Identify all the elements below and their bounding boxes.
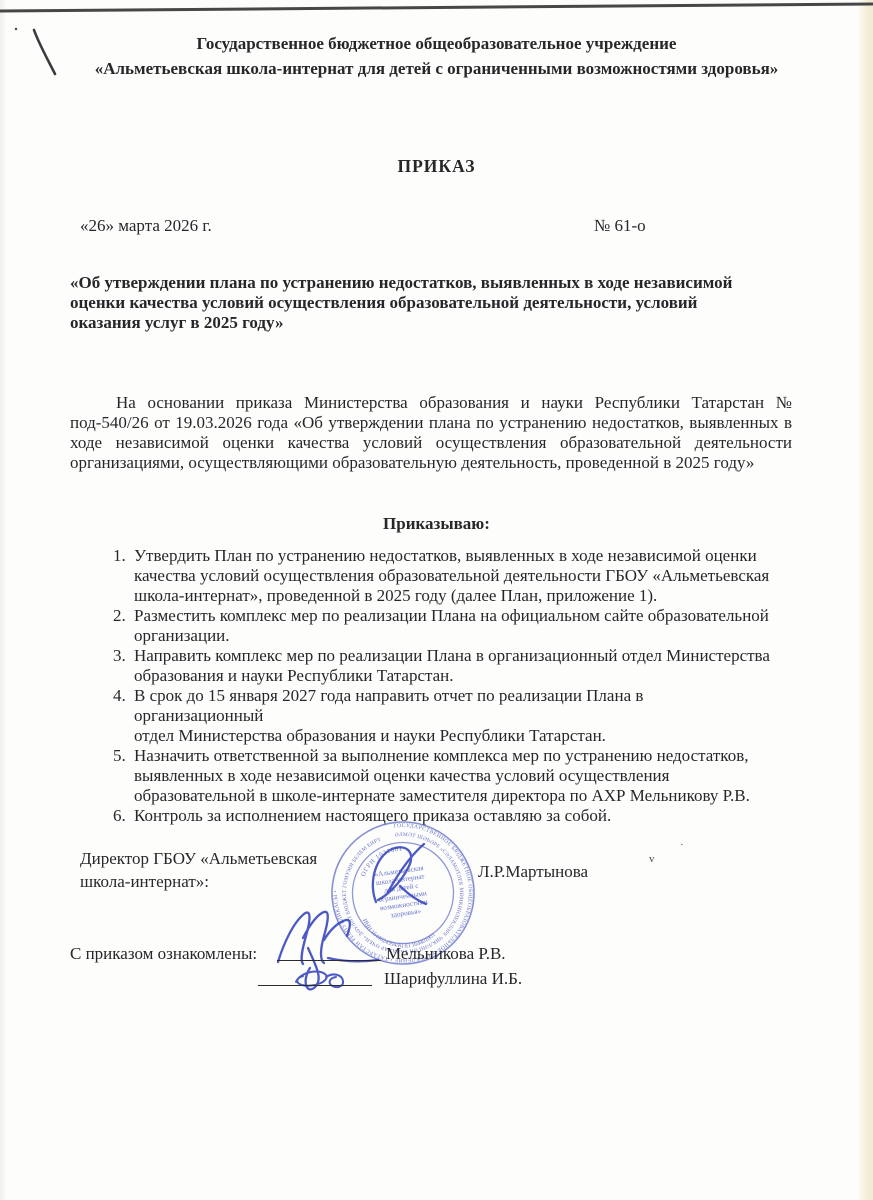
doc-number: № 61-о — [594, 216, 646, 236]
signature-line — [277, 945, 381, 961]
org-name: Государственное бюджетное общеобразовате… — [0, 31, 873, 81]
order-item-5: Назначить ответственной за выполнение ко… — [130, 746, 776, 806]
order-item-4: В срок до 15 января 2027 года направить … — [130, 686, 776, 746]
acknowledged-label: С приказом ознакомлены: — [70, 944, 257, 964]
scan-left-shadow — [0, 0, 7, 1200]
acknowledged-name-1: Мельникова Р.В. — [386, 944, 506, 964]
order-item-1: Утвердить План по устранению недостатков… — [130, 546, 776, 606]
order-list: Утвердить План по устранению недостатков… — [76, 546, 776, 826]
order-item-2: Разместить комплекс мер по реализации Пл… — [130, 606, 776, 646]
scan-right-cream-edge — [857, 0, 873, 1200]
resolution-heading: Приказываю: — [0, 514, 873, 534]
doc-date: «26» марта 2026 г. — [80, 216, 212, 236]
director-signature — [373, 844, 426, 904]
document-page: Государственное бюджетное общеобразовате… — [0, 0, 873, 1200]
signature-line — [258, 970, 372, 986]
order-item-3: Направить комплекс мер по реализации Пла… — [130, 646, 776, 686]
doc-title: ПРИКАЗ — [0, 156, 873, 177]
preamble-paragraph: На основании приказа Министерства образо… — [70, 393, 792, 473]
scan-speck: v — [649, 853, 655, 865]
scan-speck: ˙ — [680, 842, 684, 854]
scan-top-edge-line — [0, 0, 873, 18]
doc-subject: «Об утверждении плана по устранению недо… — [70, 273, 790, 333]
acknowledged-name-2: Шарифуллина И.Б. — [384, 969, 522, 989]
